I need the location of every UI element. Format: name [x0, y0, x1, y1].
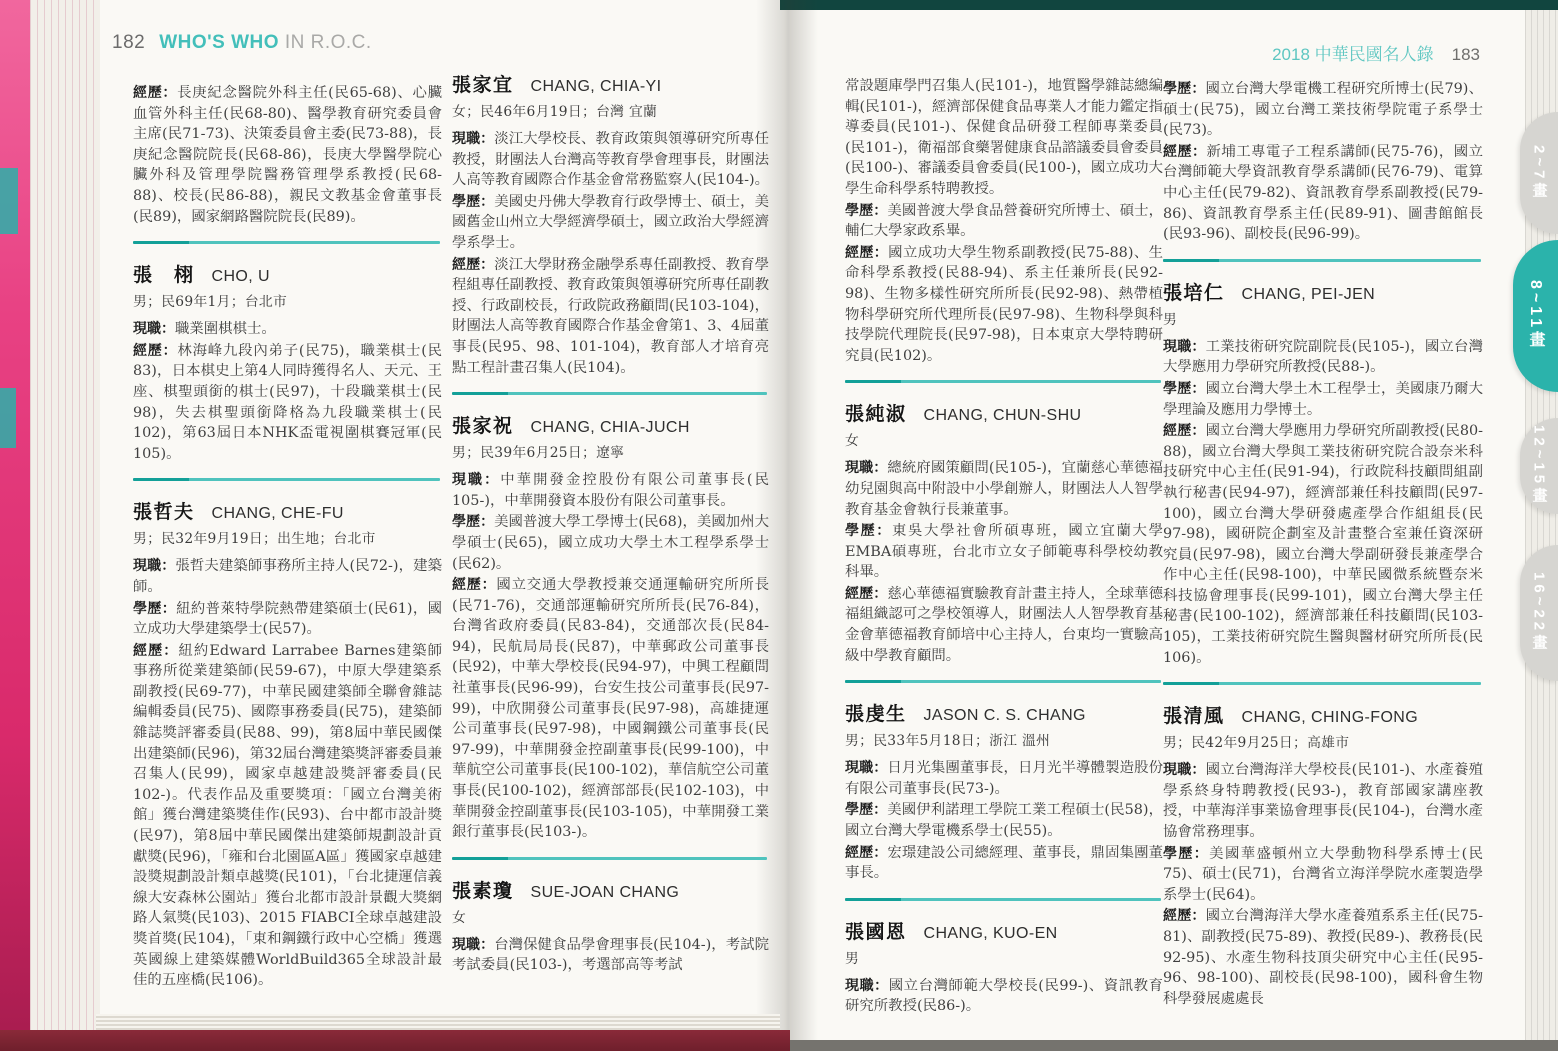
field-label: 學歷：: [1163, 80, 1206, 96]
entry-meta: 女: [452, 906, 769, 926]
bio-paragraph: 學歷：美國普渡大學食品營養研究所博士、碩士，輔仁大學家政系畢。: [845, 200, 1163, 242]
bio-paragraph: 經歷：長庚紀念醫院外科主任(民65-68)、心臟血管外科主任(民68-80)、醫…: [133, 82, 442, 227]
field-label: 現職：: [452, 936, 494, 952]
bio-paragraph: 學歷：美國普渡大學工學博士(民68)，美國加州大學碩士(民65)，國立成功大學土…: [452, 511, 769, 574]
entry-meta: 女；民46年6月19日；台灣 宜蘭: [452, 100, 769, 120]
field-label: 學歷：: [845, 522, 892, 538]
field-text: 淡江大學財務金融學系專任副教授、教育學程組專任副教授、教育政策與領導研究所專任副…: [452, 257, 769, 376]
field-text: 職業圍棋棋士。: [175, 321, 276, 337]
field-label: 現職：: [133, 557, 175, 573]
page-stack-fore-edge: [30, 0, 102, 1040]
bio-paragraph: 學歷：國立台灣大學電機工程研究所博士(民79)、碩士(民75)，國立台灣工業技術…: [1163, 78, 1483, 141]
fore-edge-tab-mark: [0, 168, 18, 234]
book-cover-left-edge: [0, 0, 30, 1051]
entry-name-english: CHANG, KUO-EN: [924, 925, 1058, 942]
field-label: 經歷：: [133, 84, 177, 100]
book-cover-bottom-edge: [0, 1030, 790, 1051]
entry-meta: 女: [845, 429, 1163, 449]
bio-paragraph: 現職：張哲夫建築師事務所主持人(民72-)，建築師。: [133, 555, 442, 597]
entry-name-chinese: 張家祝: [452, 416, 514, 437]
entry-name-chinese: 張培仁: [1163, 283, 1225, 304]
field-text: 美國伊利諾理工學院工業工程碩士(民58)，國立台灣大學電機系學士(民55)。: [845, 802, 1163, 839]
entry-name-chinese: 張家宜: [452, 75, 514, 96]
field-text: 國立台灣大學應用力學研究所副教授(民80-88)，國立台灣大學與工業技術研究院合…: [1163, 423, 1483, 666]
entry-divider: [845, 898, 1161, 901]
entry-continuation: 學歷：國立台灣大學電機工程研究所博士(民79)、碩士(民75)，國立台灣工業技術…: [1163, 78, 1483, 245]
entry-name: 張培仁CHANG, PEI-JEN: [1163, 278, 1483, 305]
directory-entry: 張家祝CHANG, CHIA-JUCH男；民39年6月25日；遼寧現職：中華開發…: [452, 411, 769, 843]
running-header-right: 2018 中華民國名人錄183: [800, 40, 1480, 65]
field-label: 現職：: [845, 977, 889, 993]
entry-name: 張純淑CHANG, CHUN-SHU: [845, 399, 1163, 426]
field-text: 新埔工專電子工程系講師(民75-76)，國立台灣師範大學資訊教育學系講師(民76…: [1163, 144, 1483, 242]
field-label: 經歷：: [845, 844, 887, 860]
field-text: 常設題庫學門召集人(民101-)，地質醫學雜誌總編輯(民101-)，經濟部保健食…: [845, 78, 1163, 197]
entry-divider: [452, 392, 767, 395]
bio-paragraph: 現職：中華開發金控股份有限公司董事長(民105-)，中華開發資本股份有限公司董事…: [452, 469, 769, 511]
scan-background-strip: [790, 1040, 1558, 1051]
entry-divider: [133, 241, 440, 244]
field-label: 現職：: [133, 320, 175, 336]
entry-meta: 男；民69年1月；台北市: [133, 290, 442, 310]
field-text: 東吳大學社會所碩專班，國立宜蘭大學EMBA碩專班，台北市立女子師範專科學校幼教科…: [845, 523, 1163, 580]
field-label: 經歷：: [452, 576, 496, 592]
field-text: 美國華盛頓州立大學動物科學系博士(民75)、碩士(民71)，台灣省立海洋學院水產…: [1163, 846, 1483, 903]
bio-paragraph: 經歷：國立台灣海洋大學水產養殖系系主任(民75-81)、副教授(民75-89)、…: [1163, 905, 1483, 1009]
page-number-left: 182: [112, 32, 145, 53]
entry-name-english: CHANG, CHIA-JUCH: [531, 419, 690, 436]
column-2: 張家宜CHANG, CHIA-YI女；民46年6月19日；台灣 宜蘭現職：淡江大…: [452, 70, 769, 1032]
field-label: 現職：: [845, 459, 887, 475]
field-text: 國立台灣海洋大學校長(民101-)、水產養殖學系終身特聘教授(民93-)，教育部…: [1163, 762, 1483, 840]
directory-entry: 張清風CHANG, CHING-FONG男；民42年9月25日；高雄市現職：國立…: [1163, 701, 1483, 1009]
field-text: 總統府國策顧問(民105-)，宜蘭慈心華德福幼兒園與高中附設中小學創辦人，財團法…: [845, 460, 1163, 517]
field-text: 國立台灣師範大學校長(民99-)、資訊教育研究所教授(民86-)。: [845, 978, 1163, 1015]
entry-meta: 男；民32年9月19日；出生地；台北市: [133, 527, 442, 547]
bio-paragraph: 現職：日月光集團董事長，日月光半導體製造股份有限公司董事長(民73-)。: [845, 757, 1163, 799]
scan-background-strip: [780, 0, 1558, 10]
header-brand: WHO'S WHO: [159, 32, 279, 53]
entry-name: 張素瓊SUE-JOAN CHANG: [452, 876, 769, 903]
field-label: 經歷：: [452, 256, 494, 272]
entry-meta: 男: [1163, 308, 1483, 328]
entry-divider: [845, 380, 1161, 383]
entry-name-chinese: 張純淑: [845, 404, 907, 425]
entry-meta: 男；民42年9月25日；高雄市: [1163, 731, 1483, 751]
entry-continuation: 常設題庫學門召集人(民101-)，地質醫學雜誌總編輯(民101-)，經濟部保健食…: [845, 76, 1163, 366]
column-3: 常設題庫學門召集人(民101-)，地質醫學雜誌總編輯(民101-)，經濟部保健食…: [845, 76, 1163, 1032]
field-label: 學歷：: [845, 801, 887, 817]
directory-entry: 張虔生JASON C. S. CHANG男；民33年5月18日；浙江 溫州現職：…: [845, 699, 1163, 884]
field-label: 現職：: [1163, 338, 1206, 354]
fore-edge-tab-mark: [0, 388, 16, 448]
bio-paragraph: 經歷：新埔工專電子工程系講師(民75-76)，國立台灣師範大學資訊教育學系講師(…: [1163, 141, 1483, 245]
page-number-right: 183: [1452, 45, 1480, 64]
bio-paragraph: 現職：國立台灣師範大學校長(民99-)、資訊教育研究所教授(民86-)。: [845, 975, 1163, 1017]
field-text: 日月光集團董事長，日月光半導體製造股份有限公司董事長(民73-)。: [845, 760, 1163, 797]
entry-name-english: CHANG, CHING-FONG: [1242, 709, 1419, 726]
field-text: 國立交通大學教授兼交通運輸研究所所長(民71-76)，交通部運輸研究所所長(民7…: [452, 577, 769, 840]
field-text: 紐約普萊特學院熱帶建築碩士(民61)，國立成功大學建築學士(民57)。: [133, 601, 442, 638]
bio-paragraph: 學歷：國立台灣大學土木工程學士，美國康乃爾大學理論及應用力學博士。: [1163, 378, 1483, 420]
header-brand-rest: IN R.O.C.: [279, 32, 372, 53]
entry-name-english: JASON C. S. CHANG: [924, 707, 1086, 724]
entry-name: 張清風CHANG, CHING-FONG: [1163, 701, 1483, 728]
bio-paragraph: 現職：工業技術研究院副院長(民105-)，國立台灣大學應用力學研究所教授(民88…: [1163, 336, 1483, 378]
bio-paragraph: 現職：淡江大學校長、教育政策與領導研究所專任教授，財團法人台灣高等教育學會理事長…: [452, 128, 769, 191]
field-text: 美國普渡大學工學博士(民68)，美國加州大學碩士(民65)，國立成功大學土木工程…: [452, 514, 769, 571]
field-label: 現職：: [452, 130, 494, 146]
field-label: 現職：: [845, 759, 887, 775]
bio-paragraph: 常設題庫學門召集人(民101-)，地質醫學雜誌總編輯(民101-)，經濟部保健食…: [845, 76, 1163, 200]
entry-meta: 男；民33年5月18日；浙江 溫州: [845, 729, 1163, 749]
bio-paragraph: 學歷：紐約普萊特學院熱帶建築碩士(民61)，國立成功大學建築學士(民57)。: [133, 598, 442, 640]
entry-name-english: CHANG, CHIA-YI: [531, 78, 662, 95]
bio-paragraph: 經歷：慈心華德福實驗教育計畫主持人，全球華德福組織認可之學校領導人，財團法人人智…: [845, 583, 1163, 666]
entry-name-chinese: 張虔生: [845, 704, 907, 725]
directory-entry: 張 栩CHO, U男；民69年1月；台北市現職：職業圍棋棋士。經歷：林海峰九段內…: [133, 260, 442, 464]
field-text: 國立台灣大學土木工程學士，美國康乃爾大學理論及應用力學博士。: [1163, 381, 1483, 418]
field-text: 張哲夫建築師事務所主持人(民72-)，建築師。: [133, 558, 442, 595]
bio-paragraph: 現職：總統府國策顧問(民105-)，宜蘭慈心華德福幼兒園與高中附設中小學創辦人，…: [845, 457, 1163, 520]
field-label: 經歷：: [1163, 422, 1206, 438]
field-label: 經歷：: [845, 244, 888, 260]
field-text: 淡江大學校長、教育政策與領導研究所專任教授，財團法人台灣高等教育學會理事長，財團…: [452, 131, 769, 188]
index-tabs: 2~7畫8~11畫12~15畫16~22畫: [1508, 0, 1558, 1051]
bio-paragraph: 經歷：紐約Edward Larrabee Barnes建築師事務所從業建築師(民…: [133, 640, 442, 991]
entry-name: 張家祝CHANG, CHIA-JUCH: [452, 411, 769, 438]
field-text: 國立成功大學生物系副教授(民75-88)、生命科學系教授(民88-94)、系主任…: [845, 245, 1163, 364]
field-label: 學歷：: [452, 513, 494, 529]
field-label: 學歷：: [452, 193, 494, 209]
directory-entry: 張國恩CHANG, KUO-EN男現職：國立台灣師範大學校長(民99-)、資訊教…: [845, 917, 1163, 1017]
directory-entry: 張素瓊SUE-JOAN CHANG女現職：台灣保健食品學會理事長(民104-)，…: [452, 876, 769, 976]
index-tab-1[interactable]: 2~7畫: [1520, 112, 1558, 234]
entry-divider: [452, 857, 767, 860]
field-text: 台灣保健食品學會理事長(民104-)，考試院考試委員(民103-)，考選部高等考…: [452, 937, 769, 974]
bio-paragraph: 經歷：林海峰九段內弟子(民75)，職業棋士(民83)，日本棋史上第4人同時獲得名…: [133, 340, 442, 465]
entry-name: 張 栩CHO, U: [133, 260, 442, 287]
entry-divider: [845, 680, 1161, 683]
entry-continuation: 經歷：長庚紀念醫院外科主任(民65-68)、心臟血管外科主任(民68-80)、醫…: [133, 82, 442, 227]
bio-paragraph: 經歷：國立交通大學教授兼交通運輸研究所所長(民71-76)，交通部運輸研究所所長…: [452, 574, 769, 843]
entry-name-chinese: 張素瓊: [452, 881, 514, 902]
book-title: 2018 中華民國名人錄: [1272, 45, 1434, 64]
field-text: 紐約Edward Larrabee Barnes建築師事務所從業建築師(民59-…: [133, 643, 442, 989]
bio-paragraph: 現職：台灣保健食品學會理事長(民104-)，考試院考試委員(民103-)，考選部…: [452, 934, 769, 976]
field-label: 經歷：: [1163, 907, 1206, 923]
field-label: 學歷：: [1163, 845, 1209, 861]
field-text: 慈心華德福實驗教育計畫主持人，全球華德福組織認可之學校領導人，財團法人人智學教育…: [845, 586, 1163, 664]
entry-name-english: SUE-JOAN CHANG: [531, 884, 680, 901]
entry-name: 張家宜CHANG, CHIA-YI: [452, 70, 769, 97]
bio-paragraph: 經歷：宏璟建設公司總經理、董事長，鼎固集團董事長。: [845, 842, 1163, 884]
bio-paragraph: 經歷：國立台灣大學應用力學研究所副教授(民80-88)，國立台灣大學與工業技術研…: [1163, 420, 1483, 668]
field-label: 現職：: [452, 471, 500, 487]
entry-divider: [1163, 682, 1481, 685]
entry-divider: [1163, 259, 1481, 262]
entry-meta: 男；民39年6月25日；遼寧: [452, 441, 769, 461]
field-text: 美國史丹佛大學教育行政學博士、碩士，美國舊金山州立大學經濟學碩士，國立政治大學經…: [452, 194, 769, 251]
bio-paragraph: 經歷：淡江大學財務金融學系專任副教授、教育學程組專任副教授、教育政策與領導研究所…: [452, 254, 769, 379]
entry-name-english: CHO, U: [212, 268, 270, 285]
field-text: 長庚紀念醫院外科主任(民65-68)、心臟血管外科主任(民68-80)、醫學教育…: [133, 85, 442, 225]
bio-paragraph: 現職：職業圍棋棋士。: [133, 318, 442, 340]
bio-paragraph: 學歷：美國華盛頓州立大學動物科學系博士(民75)、碩士(民71)，台灣省立海洋學…: [1163, 843, 1483, 906]
field-text: 林海峰九段內弟子(民75)，職業棋士(民83)，日本棋史上第4人同時獲得名人、天…: [133, 343, 442, 462]
directory-entry: 張家宜CHANG, CHIA-YI女；民46年6月19日；台灣 宜蘭現職：淡江大…: [452, 70, 769, 378]
running-header-left: 182WHO'S WHO IN R.O.C.: [112, 32, 372, 54]
directory-entry: 張哲夫CHANG, CHE-FU男；民32年9月19日；出生地；台北市現職：張哲…: [133, 497, 442, 990]
entry-name-english: CHANG, PEI-JEN: [1242, 286, 1376, 303]
entry-name: 張哲夫CHANG, CHE-FU: [133, 497, 442, 524]
entry-divider: [133, 478, 440, 481]
field-label: 學歷：: [133, 600, 176, 616]
bio-paragraph: 學歷：美國伊利諾理工學院工業工程碩士(民58)，國立台灣大學電機系學士(民55)…: [845, 799, 1163, 841]
field-label: 經歷：: [133, 642, 178, 658]
bio-paragraph: 經歷：國立成功大學生物系副教授(民75-88)、生命科學系教授(民88-94)、…: [845, 242, 1163, 367]
field-label: 經歷：: [845, 585, 887, 601]
bio-paragraph: 現職：國立台灣海洋大學校長(民101-)、水產養殖學系終身特聘教授(民93-)，…: [1163, 759, 1483, 842]
entry-name-chinese: 張 栩: [133, 265, 195, 286]
field-text: 國立台灣海洋大學水產養殖系系主任(民75-81)、副教授(民75-89)、教授(…: [1163, 908, 1483, 1006]
field-text: 美國普渡大學食品營養研究所博士、碩士，輔仁大學家政系畢。: [845, 203, 1163, 240]
entry-name: 張國恩CHANG, KUO-EN: [845, 917, 1163, 944]
field-text: 宏璟建設公司總經理、董事長，鼎固集團董事長。: [845, 845, 1163, 882]
entry-name: 張虔生JASON C. S. CHANG: [845, 699, 1163, 726]
entry-name-chinese: 張哲夫: [133, 502, 195, 523]
bio-paragraph: 學歷：東吳大學社會所碩專班，國立宜蘭大學EMBA碩專班，台北市立女子師範專科學校…: [845, 520, 1163, 583]
entry-name-chinese: 張國恩: [845, 922, 907, 943]
entry-name-english: CHANG, CHE-FU: [212, 505, 344, 522]
field-label: 學歷：: [1163, 380, 1206, 396]
entry-meta: 男: [845, 947, 1163, 967]
entry-name-chinese: 張清風: [1163, 706, 1225, 727]
field-label: 經歷：: [1163, 143, 1207, 159]
field-text: 國立台灣大學電機工程研究所博士(民79)、碩士(民75)，國立台灣工業技術學院電…: [1163, 81, 1483, 138]
directory-entry: 張培仁CHANG, PEI-JEN男現職：工業技術研究院副院長(民105-)，國…: [1163, 278, 1483, 669]
field-label: 經歷：: [133, 342, 177, 358]
field-text: 工業技術研究院副院長(民105-)，國立台灣大學應用力學研究所教授(民88-)。: [1163, 339, 1483, 376]
column-1: 經歷：長庚紀念醫院外科主任(民65-68)、心臟血管外科主任(民68-80)、醫…: [133, 82, 442, 1032]
entry-name-english: CHANG, CHUN-SHU: [924, 407, 1082, 424]
directory-entry: 張純淑CHANG, CHUN-SHU女現職：總統府國策顧問(民105-)，宜蘭慈…: [845, 399, 1163, 666]
index-tab-2[interactable]: 8~11畫: [1513, 240, 1558, 392]
field-label: 現職：: [1163, 761, 1206, 777]
field-label: 學歷：: [845, 202, 887, 218]
index-tab-3[interactable]: 12~15畫: [1520, 418, 1558, 514]
index-tab-4[interactable]: 16~22畫: [1520, 545, 1558, 681]
bio-paragraph: 學歷：美國史丹佛大學教育行政學博士、碩士，美國舊金山州立大學經濟學碩士，國立政治…: [452, 191, 769, 254]
column-4: 學歷：國立台灣大學電機工程研究所博士(民79)、碩士(民75)，國立台灣工業技術…: [1163, 78, 1483, 1032]
field-text: 中華開發金控股份有限公司董事長(民105-)，中華開發資本股份有限公司董事長。: [452, 472, 769, 509]
